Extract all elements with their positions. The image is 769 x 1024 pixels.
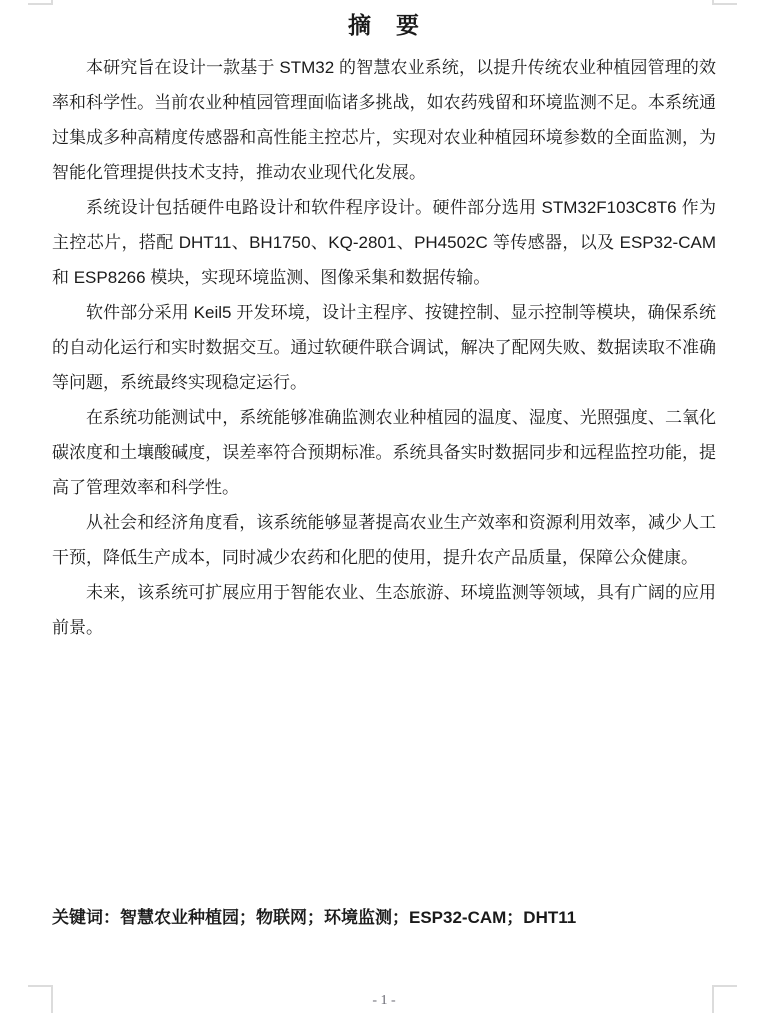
abstract-body: 摘 要 本研究旨在设计一款基于 STM32 的智慧农业系统，以提升传统农业种植园… [52,0,716,645]
crop-mark-top-left [28,3,53,5]
crop-mark-bottom-right [712,985,737,987]
document-page: 摘 要 本研究旨在设计一款基于 STM32 的智慧农业系统，以提升传统农业种植园… [0,0,769,1024]
page-title: 摘 要 [52,10,716,50]
abstract-paragraph: 从社会和经济角度看，该系统能够显著提高农业生产效率和资源利用效率，减少人工干预，… [52,505,716,575]
abstract-paragraph: 在系统功能测试中，系统能够准确监测农业种植园的温度、湿度、光照强度、二氧化碳浓度… [52,400,716,505]
crop-mark-bottom-left [28,985,53,987]
abstract-paragraph: 未来，该系统可扩展应用于智能农业、生态旅游、环境监测等领域，具有广阔的应用前景。 [52,575,716,645]
abstract-paragraph: 软件部分采用 Keil5 开发环境，设计主程序、按键控制、显示控制等模块，确保系… [52,295,716,400]
abstract-paragraph: 系统设计包括硬件电路设计和软件程序设计。硬件部分选用 STM32F103C8T6… [52,190,716,295]
keywords-line: 关键词：智慧农业种植园；物联网；环境监测；ESP32-CAM；DHT11 [52,906,716,930]
page-number: - 1 - [52,993,716,1009]
abstract-paragraph: 本研究旨在设计一款基于 STM32 的智慧农业系统，以提升传统农业种植园管理的效… [52,50,716,190]
